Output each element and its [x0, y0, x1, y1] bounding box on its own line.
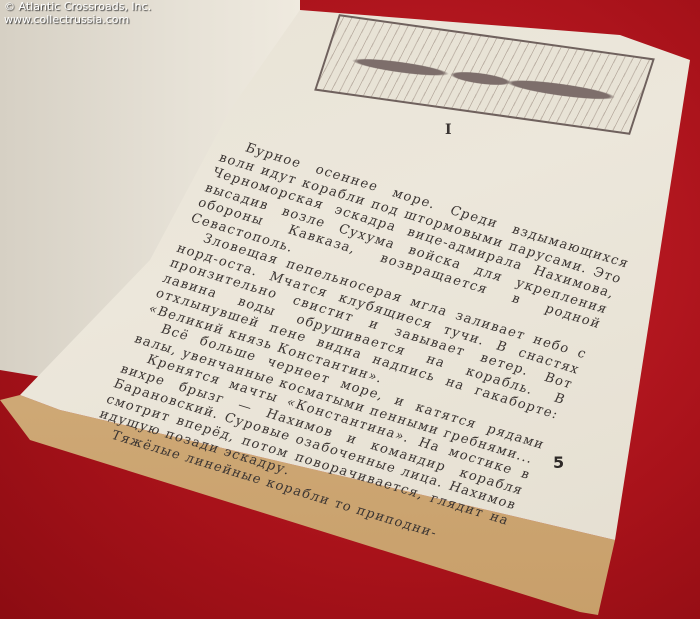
watermark: © Atlantic Crossroads, Inc. www.collectr…: [4, 0, 151, 26]
watermark-url: www.collectrussia.com: [4, 13, 151, 26]
watermark-copyright: © Atlantic Crossroads, Inc.: [4, 0, 151, 13]
page-number: 5: [553, 453, 564, 472]
chapter-number: I: [445, 122, 452, 138]
